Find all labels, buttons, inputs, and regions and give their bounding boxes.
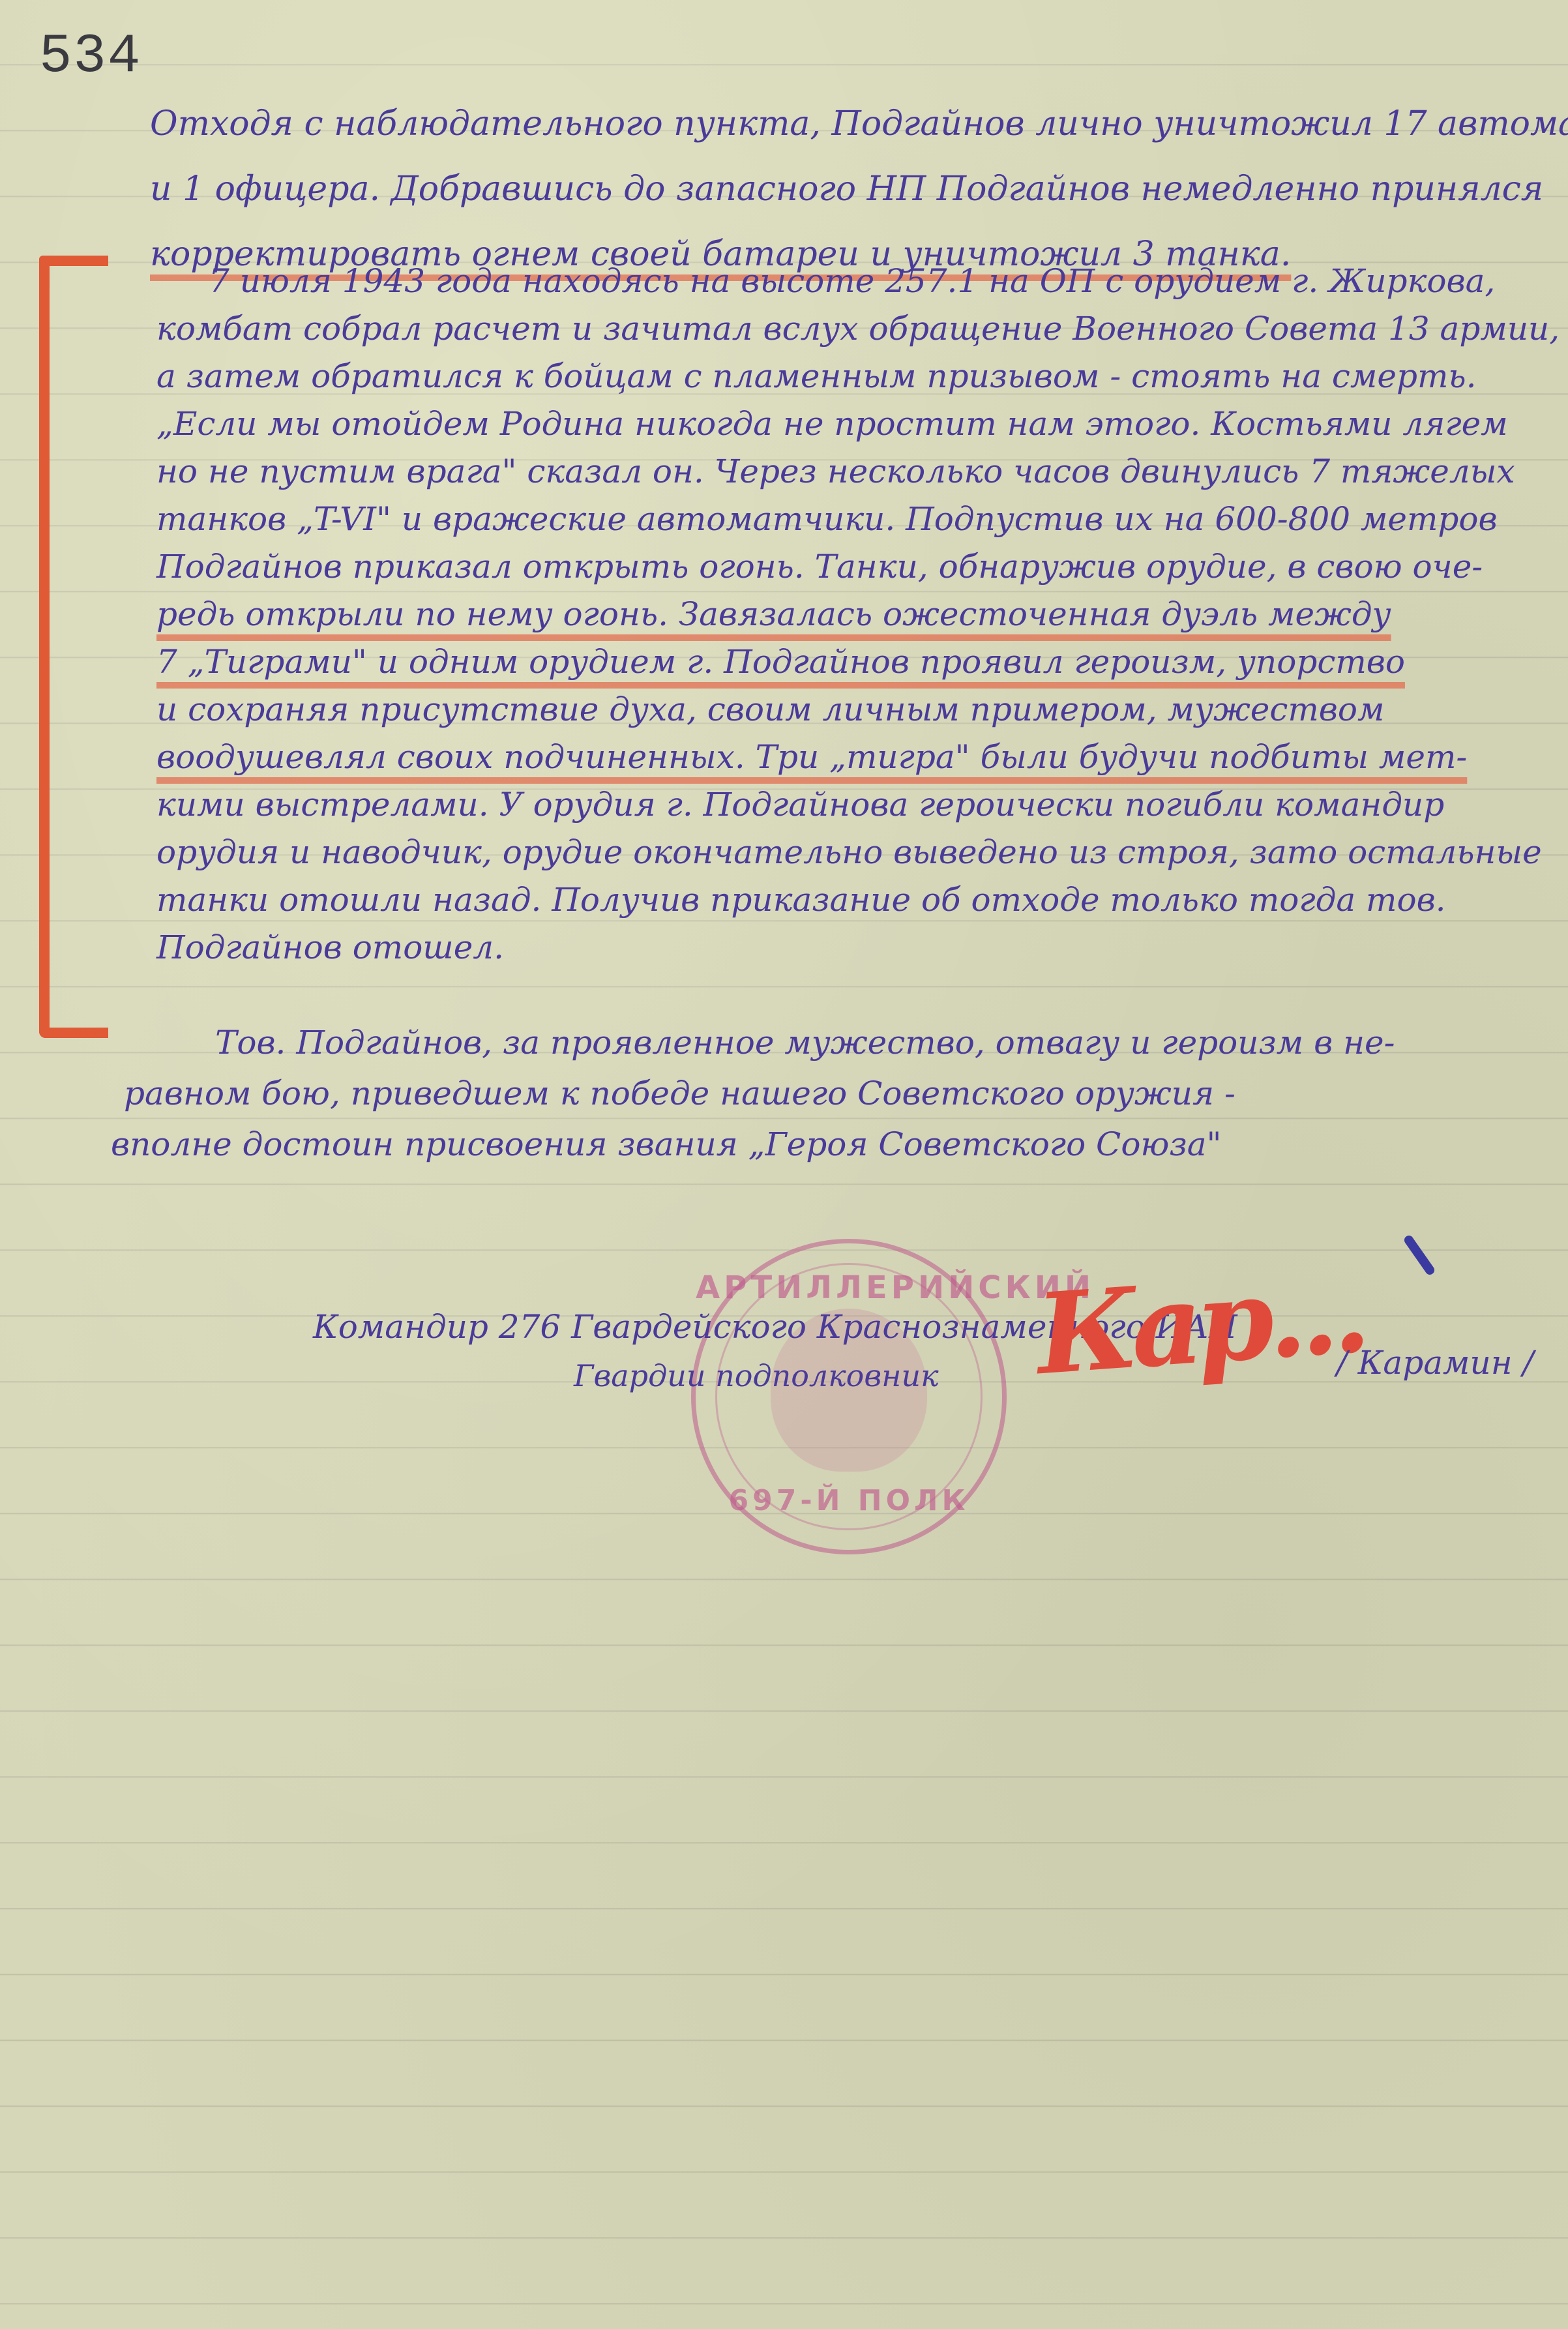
text-line: Подгайнов приказал открыть огонь. Танки,… xyxy=(156,543,1560,591)
folio-number: 534 xyxy=(39,26,141,88)
text-line: и 1 офицера. Добравшись до запасного НП … xyxy=(150,156,1568,222)
text-line: а затем обратился к бойцам с пламенным п… xyxy=(156,353,1560,400)
signatory-name: / Карамин / xyxy=(1337,1330,1533,1395)
text-line: танки отошли назад. Получив приказание о… xyxy=(156,876,1560,924)
text-line-underlined: редь открыли по нему огонь. Завязалась о… xyxy=(156,591,1560,638)
text-line-underlined: 7 „Тиграми" и одним орудием г. Подгайнов… xyxy=(156,638,1560,686)
red-pencil-signature: Кар... xyxy=(1033,1247,1368,1400)
stamp-bottom-text: 697-Й ПОЛК xyxy=(696,1484,1002,1517)
text-line: и сохраняя присутствие духа, своим личны… xyxy=(156,686,1560,734)
text-line: танков „T-VI" и вражеские автоматчики. П… xyxy=(156,496,1560,543)
paragraph-3: Тов. Подгайнов, за проявленное мужество,… xyxy=(111,1017,1395,1170)
text-line: но не пустим врага" сказал он. Через нес… xyxy=(156,448,1560,496)
text-line: комбат собрал расчет и зачитал вслух обр… xyxy=(156,305,1560,353)
text-line: Отходя с наблюдательного пункта, Подгайн… xyxy=(150,91,1568,156)
signature-rank: Гвардии подполковник xyxy=(574,1343,939,1408)
text-line: Подгайнов отошел. xyxy=(156,924,1560,972)
text-line: „Если мы отойдем Родина никогда не прост… xyxy=(156,400,1560,448)
text-line: 7 июля 1943 года находясь на высоте 257.… xyxy=(156,258,1560,305)
ink-mark xyxy=(1402,1234,1436,1276)
text-line: вполне достоин присвоения звания „Героя … xyxy=(111,1119,1395,1170)
document-page: 534 Отходя с наблюдательного пункта, Под… xyxy=(0,0,1568,2329)
red-margin-bracket xyxy=(39,256,108,1038)
text-line: Тов. Подгайнов, за проявленное мужество,… xyxy=(111,1017,1395,1068)
text-line: кими выстрелами. У орудия г. Подгайнова … xyxy=(156,781,1560,829)
paragraph-2: 7 июля 1943 года находясь на высоте 257.… xyxy=(156,258,1560,972)
text-line: равном бою, приведшем к победе нашего Со… xyxy=(111,1068,1395,1119)
text-line: орудия и наводчик, орудие окончательно в… xyxy=(156,829,1560,876)
text-line-underlined: воодушевлял своих подчиненных. Три „тигр… xyxy=(156,734,1560,781)
